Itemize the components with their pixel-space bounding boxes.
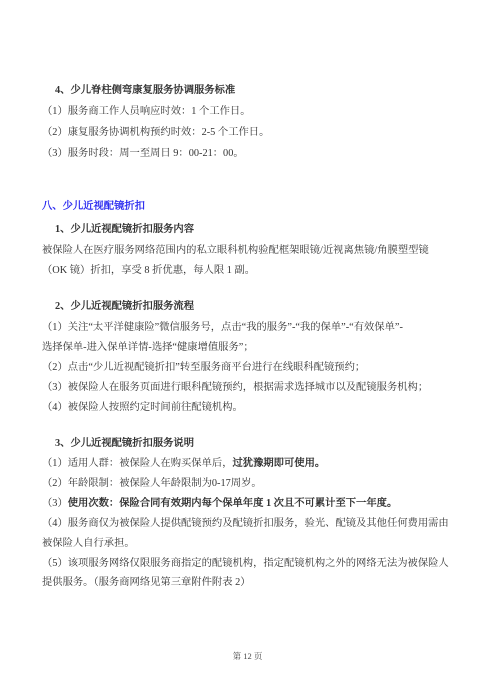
doc-run-normal: （3） — [42, 498, 68, 509]
doc-line: （3）服务时段：周一至周日 9：00-21：00。 — [42, 147, 244, 161]
doc-line: （1）适用人群：被保险人在购买保单后，过犹豫期即可使用。 — [42, 457, 325, 471]
doc-line: （OK 镜）折扣，享受 8 折优惠，每人限 1 副。 — [42, 264, 255, 278]
doc-line: （4）被保险人按照约定时间前往配镜机构。 — [42, 401, 243, 415]
doc-line: （2）点击“少儿近视配镜折扣”转至服务商平台进行在线眼科配镜预约； — [42, 361, 365, 375]
doc-line: （2）年龄限制：被保险人年龄限制为0-17周岁。 — [42, 477, 262, 491]
doc-line: 提供服务。（服务商网络见第三章附件附表 2） — [42, 576, 251, 590]
doc-run-normal: （1）适用人群：被保险人在购买保单后， — [42, 458, 233, 469]
subsection-heading-8-3: 3、少儿近视配镜折扣服务说明 — [55, 437, 194, 451]
doc-line: （5）该项服务网络仅限服务商指定的配镜机构，指定配镜机构之外的网络无法为被保险人 — [42, 557, 449, 571]
doc-run-bold: 使用次数：保险合同有效期内每个保单年度 1 次且不可累计至下一年度。 — [68, 498, 398, 509]
doc-line: 选择保单-进入保单详情-选择“健康增值服务”； — [42, 341, 254, 355]
doc-line: （3）使用次数：保险合同有效期内每个保单年度 1 次且不可累计至下一年度。 — [42, 497, 397, 511]
subsection-heading-8-1: 1、少儿近视配镜折扣服务内容 — [55, 223, 194, 237]
subsection-heading-item4: 4、少儿脊柱侧弯康复服务协调服务标准 — [55, 84, 235, 98]
doc-line: （1）关注“太平洋健康险”微信服务号，点击“我的服务”-“我的保单”-“有效保单… — [42, 321, 403, 335]
document-page: 4、少儿脊柱侧弯康复服务协调服务标准 （1）服务商工作人员响应时效：1 个工作日… — [0, 0, 495, 700]
subsection-heading-8-2: 2、少儿近视配镜折扣服务流程 — [55, 300, 194, 314]
page-number: 第 12 页 — [0, 650, 495, 662]
doc-line: （1）服务商工作人员响应时效：1 个工作日。 — [42, 105, 251, 119]
doc-line: （3）被保险人在服务页面进行眼科配镜预约，根据需求选择城市以及配镜服务机构； — [42, 381, 428, 395]
section-heading-8: 八、少儿近视配镜折扣 — [42, 200, 145, 214]
doc-line: 被保险人在医疗服务网络范围内的私立眼科机构验配框架眼镜/近视离焦镜/角膜塑型镜 — [42, 244, 429, 258]
doc-line: （2）康复服务协调机构预约时效：2-5 个工作日。 — [42, 126, 269, 140]
doc-line: （4）服务商仅为被保险人提供配镜预约及配镜折扣服务，验光、配镜及其他任何费用需由 — [42, 517, 449, 531]
doc-line: 被保险人自行承担。 — [42, 537, 135, 551]
doc-run-bold: 过犹豫期即可使用。 — [233, 458, 326, 469]
